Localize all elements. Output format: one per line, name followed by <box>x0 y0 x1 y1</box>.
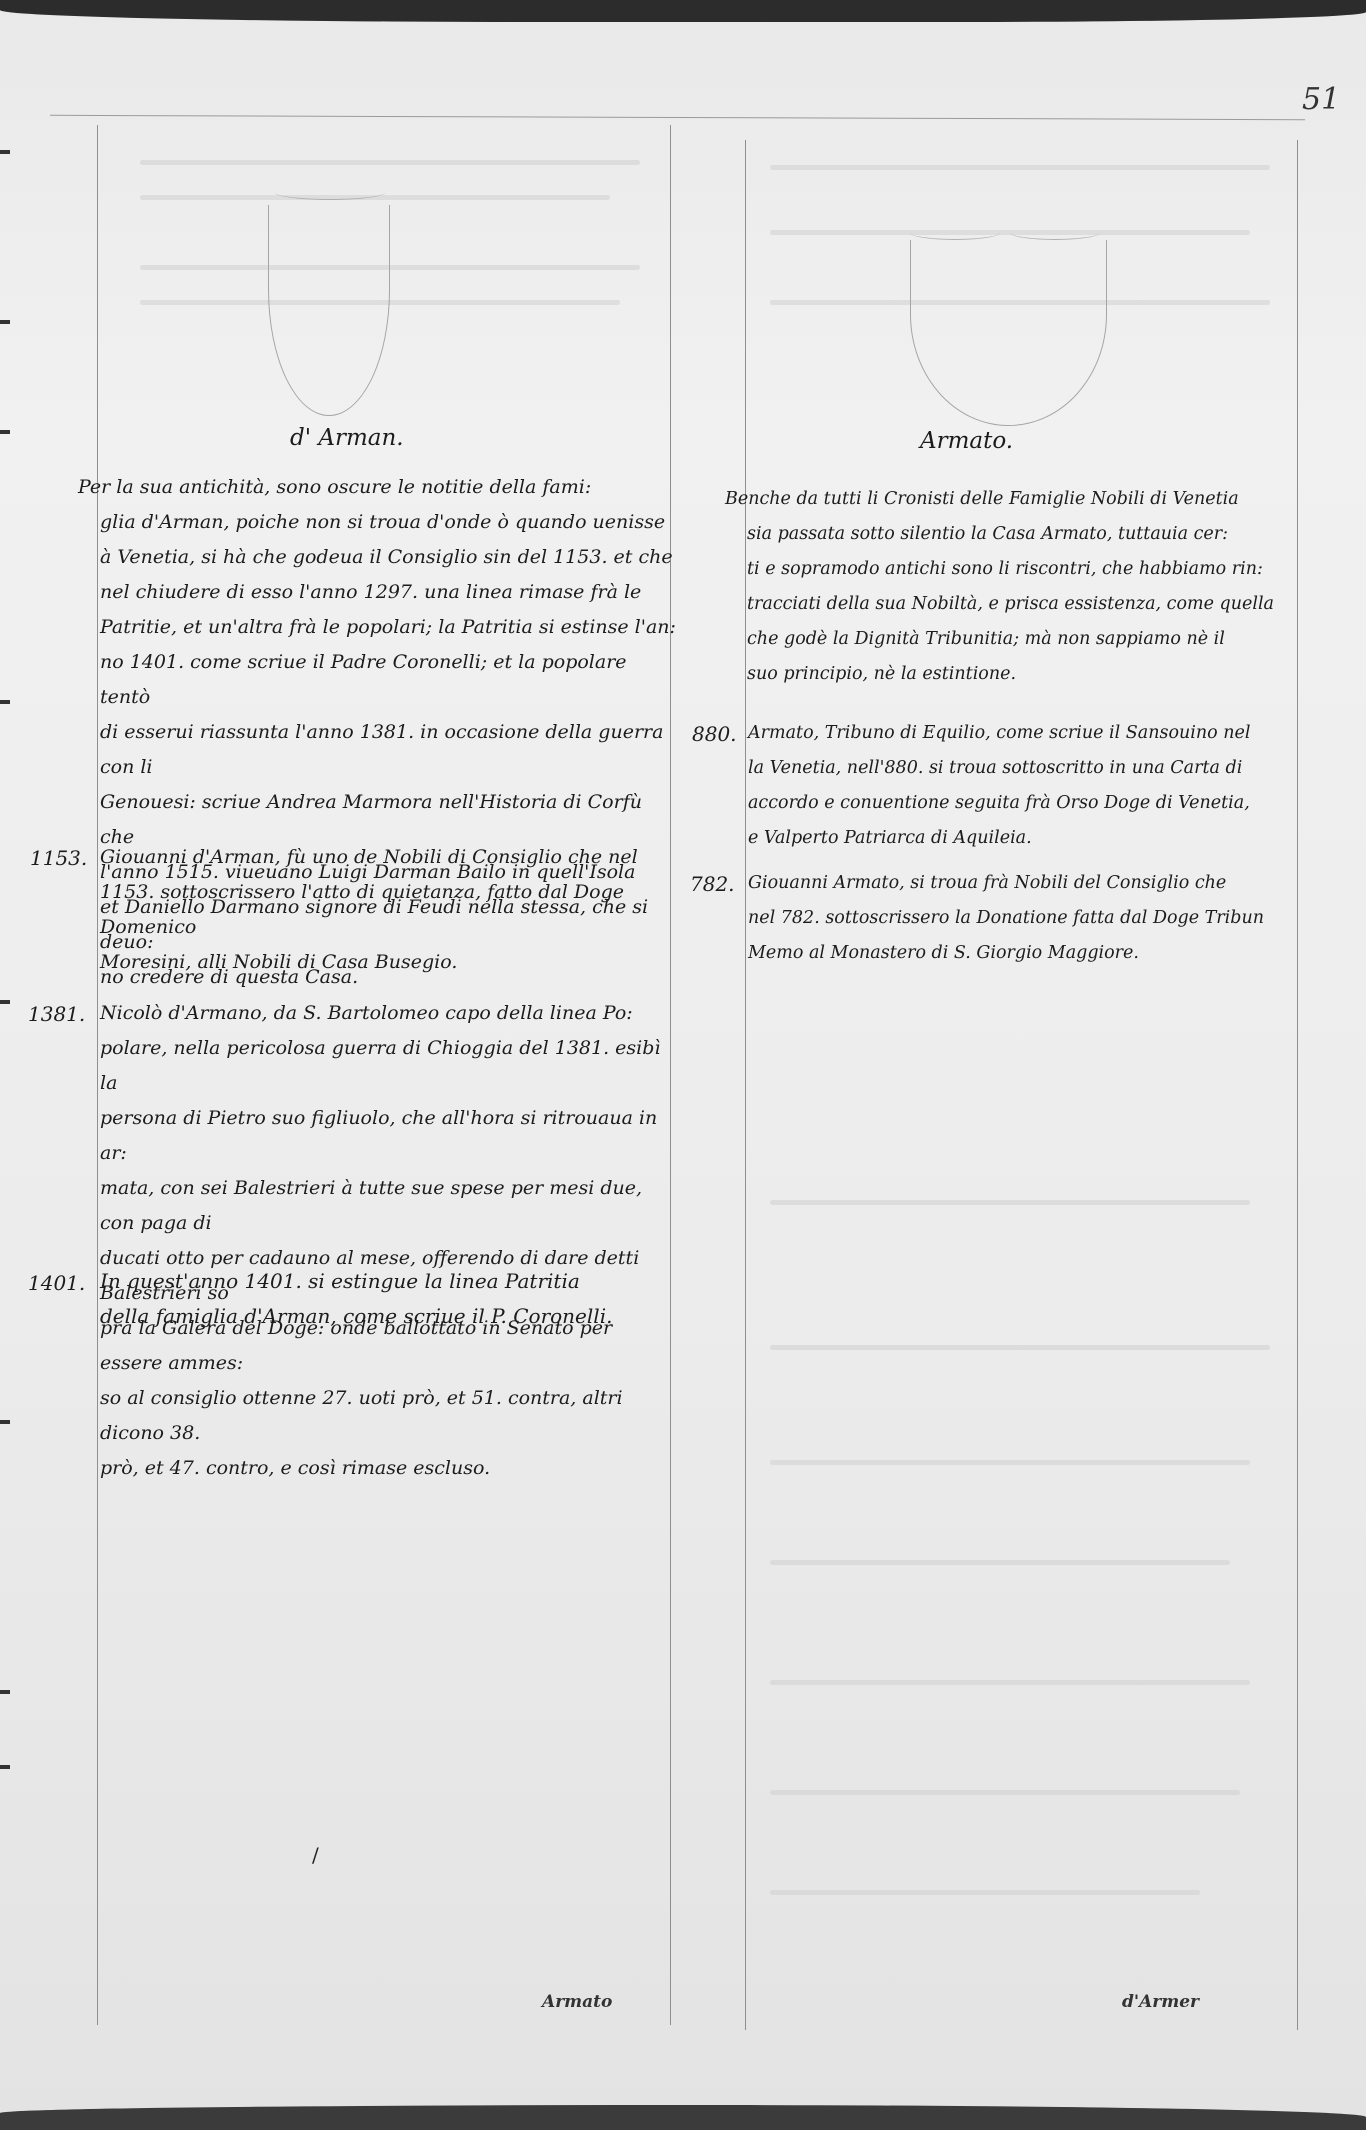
shield-crest-arc <box>1010 225 1100 240</box>
entry-armato-tribuno: Armato, Tribuno di Equilio, come scriue … <box>748 716 1298 856</box>
intro-paragraph-right: Benche da tutti li Cronisti delle Famigl… <box>725 482 1295 692</box>
right-column-right-rule <box>1297 140 1298 2030</box>
stray-ink-mark: / <box>312 1843 319 1867</box>
family-title-d-arman: d' Arman. <box>290 425 404 451</box>
header-rule <box>50 115 1305 120</box>
text-line: e Valperto Patriarca di Aquileia. <box>748 821 1298 856</box>
entry-year: 1153. <box>30 846 87 870</box>
text-line: Patritie, et un'altra frà le popolari; l… <box>100 610 678 645</box>
text-line: Memo al Monastero di S. Giorgio Maggiore… <box>748 936 1298 971</box>
text-line: suo principio, nè la estintione. <box>747 657 1295 692</box>
text-line: In quest'anno 1401. si estingue la linea… <box>100 1264 690 1299</box>
binding-mark <box>0 1420 10 1424</box>
page-top-edge <box>0 0 1366 22</box>
bleed-through <box>770 1680 1250 1685</box>
text-line: la Venetia, nell'880. si troua sottoscri… <box>748 751 1298 786</box>
entry-year: 1401. <box>28 1271 85 1295</box>
text-line: sia passata sotto silentio la Casa Armat… <box>747 517 1295 552</box>
entry-giovanni-d-arman: Giouanni d'Arman, fù uno de Nobili di Co… <box>100 840 675 980</box>
bleed-through <box>770 1560 1230 1565</box>
binding-mark <box>0 150 10 154</box>
left-margin-rule <box>97 125 98 2025</box>
binding-mark <box>0 430 10 434</box>
text-line: Armato, Tribuno di Equilio, come scriue … <box>748 716 1298 751</box>
binding-mark <box>0 320 10 324</box>
bleed-through <box>770 1790 1240 1795</box>
page-bottom-edge <box>0 2105 1366 2130</box>
bleed-through <box>770 1200 1250 1205</box>
entry-giovanni-armato: Giouanni Armato, si troua frà Nobili del… <box>748 866 1298 971</box>
binding-mark <box>0 1765 10 1769</box>
catchword-left: Armato <box>542 1992 612 2012</box>
catchword-right: d'Armer <box>1122 1992 1199 2012</box>
binding-mark <box>0 700 10 704</box>
text-line: polare, nella pericolosa guerra di Chiog… <box>100 1031 675 1101</box>
binding-mark <box>0 1000 10 1004</box>
entry-year: 880. <box>692 722 737 746</box>
bleed-through <box>140 160 640 165</box>
text-line: Moresini, alli Nobili di Casa Busegio. <box>100 945 675 980</box>
right-column-left-rule <box>745 140 746 2030</box>
family-title-armato: Armato. <box>920 428 1013 454</box>
page-number: 51 <box>1302 82 1340 117</box>
bleed-through <box>770 1345 1270 1350</box>
entry-year: 1381. <box>28 1002 85 1026</box>
shield-crest-arc <box>910 225 1000 240</box>
text-line: mata, con sei Balestrieri à tutte sue sp… <box>100 1171 675 1241</box>
text-line: persona di Pietro suo figliuolo, che all… <box>100 1101 675 1171</box>
entry-year: 782. <box>690 872 735 896</box>
bleed-through <box>770 1890 1200 1895</box>
text-line: Benche da tutti li Cronisti delle Famigl… <box>725 482 1295 517</box>
text-line: Giouanni Armato, si troua frà Nobili del… <box>748 866 1298 901</box>
text-line: accordo e conuentione seguita frà Orso D… <box>748 786 1298 821</box>
text-line: Nicolò d'Armano, da S. Bartolomeo capo d… <box>100 996 675 1031</box>
coat-of-arms-icon <box>268 205 390 416</box>
bleed-through <box>770 1460 1250 1465</box>
text-line: prò, et 47. contro, e così rimase esclus… <box>100 1451 675 1486</box>
text-line: Giouanni d'Arman, fù uno de Nobili di Co… <box>100 840 675 875</box>
shield-crest-arc <box>275 185 385 200</box>
text-line: Per la sua antichità, sono oscure le not… <box>78 470 678 505</box>
text-line: di esserui riassunta l'anno 1381. in occ… <box>100 715 678 785</box>
bleed-through <box>770 165 1270 170</box>
entry-estinzione-1401: In quest'anno 1401. si estingue la linea… <box>100 1264 690 1334</box>
binding-mark <box>0 1690 10 1694</box>
bleed-through <box>140 265 640 270</box>
text-line: glia d'Arman, poiche non si troua d'onde… <box>100 505 678 540</box>
text-line: no 1401. come scriue il Padre Coronelli;… <box>100 645 678 715</box>
coat-of-arms-icon <box>910 240 1107 426</box>
text-line: della famiglia d'Arman, come scriue il P… <box>100 1299 690 1334</box>
text-line: che godè la Dignità Tribunitia; mà non s… <box>747 622 1295 657</box>
text-line: à Venetia, si hà che godeua il Consiglio… <box>100 540 678 575</box>
text-line: tracciati della sua Nobiltà, e prisca es… <box>747 587 1295 622</box>
text-line: ti e sopramodo antichi sono li riscontri… <box>747 552 1295 587</box>
text-line: so al consiglio ottenne 27. uoti prò, et… <box>100 1381 675 1451</box>
entry-nicolo-d-armano: Nicolò d'Armano, da S. Bartolomeo capo d… <box>100 996 675 1486</box>
text-line: nel chiudere di esso l'anno 1297. una li… <box>100 575 678 610</box>
text-line: nel 782. sottoscrissero la Donatione fat… <box>748 901 1298 936</box>
manuscript-page: 51 d' Arman. Per la sua antichità, sono … <box>0 0 1366 2130</box>
text-line: 1153. sottoscrissero l'atto di quietanza… <box>100 875 675 945</box>
